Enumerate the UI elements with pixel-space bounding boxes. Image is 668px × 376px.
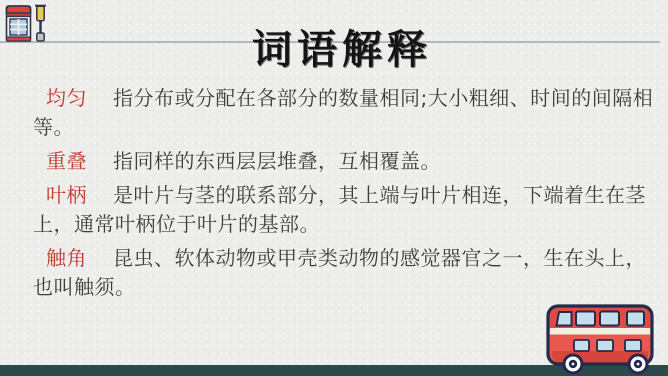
top-left-decoration bbox=[5, 4, 46, 46]
term-label: 均匀 bbox=[46, 86, 87, 110]
definition-item: 触角昆虫、软体动物或甲壳类动物的感觉器官之一，生在头上， 也叫触须。 bbox=[33, 244, 658, 302]
bus-icon bbox=[544, 302, 658, 376]
definition-text-line: 也叫触须。 bbox=[33, 273, 658, 302]
definitions-list: 均匀指分布或分配在各部分的数量相同;大小粗细、时间的间隔相 等。 重叠指同样的东… bbox=[33, 84, 658, 307]
term-label: 重叠 bbox=[46, 149, 87, 173]
definition-text-line: 是叶片与茎的联系部分，其上端与叶片相连，下端着生在茎 bbox=[113, 183, 646, 207]
street-lamp-icon bbox=[35, 6, 46, 41]
slide-canvas: 词语解释 均匀指分布或分配在各部分的数量相同;大小粗细、时间的间隔相 等。 重叠… bbox=[0, 0, 668, 376]
definition-text-line: 指分布或分配在各部分的数量相同;大小粗细、时间的间隔相 bbox=[113, 86, 653, 110]
definition-item: 均匀指分布或分配在各部分的数量相同;大小粗细、时间的间隔相 等。 bbox=[33, 84, 658, 142]
term-label: 触角 bbox=[46, 246, 87, 270]
term-label: 叶柄 bbox=[46, 183, 87, 207]
definition-item: 重叠指同样的东西层层堆叠，互相覆盖。 bbox=[33, 147, 658, 176]
definition-item: 叶柄是叶片与茎的联系部分，其上端与叶片相连，下端着生在茎 上，通常叶柄位于叶片的… bbox=[33, 181, 658, 239]
definition-text-line: 指同样的东西层层堆叠，互相覆盖。 bbox=[113, 149, 441, 173]
definition-text-line: 等。 bbox=[33, 113, 658, 142]
phone-booth-icon bbox=[7, 6, 31, 41]
page-title: 词语解释 bbox=[252, 18, 432, 75]
definition-text-line: 上，通常叶柄位于叶片的基部。 bbox=[33, 210, 658, 239]
definition-text-line: 昆虫、软体动物或甲壳类动物的感觉器官之一，生在头上， bbox=[113, 246, 646, 270]
